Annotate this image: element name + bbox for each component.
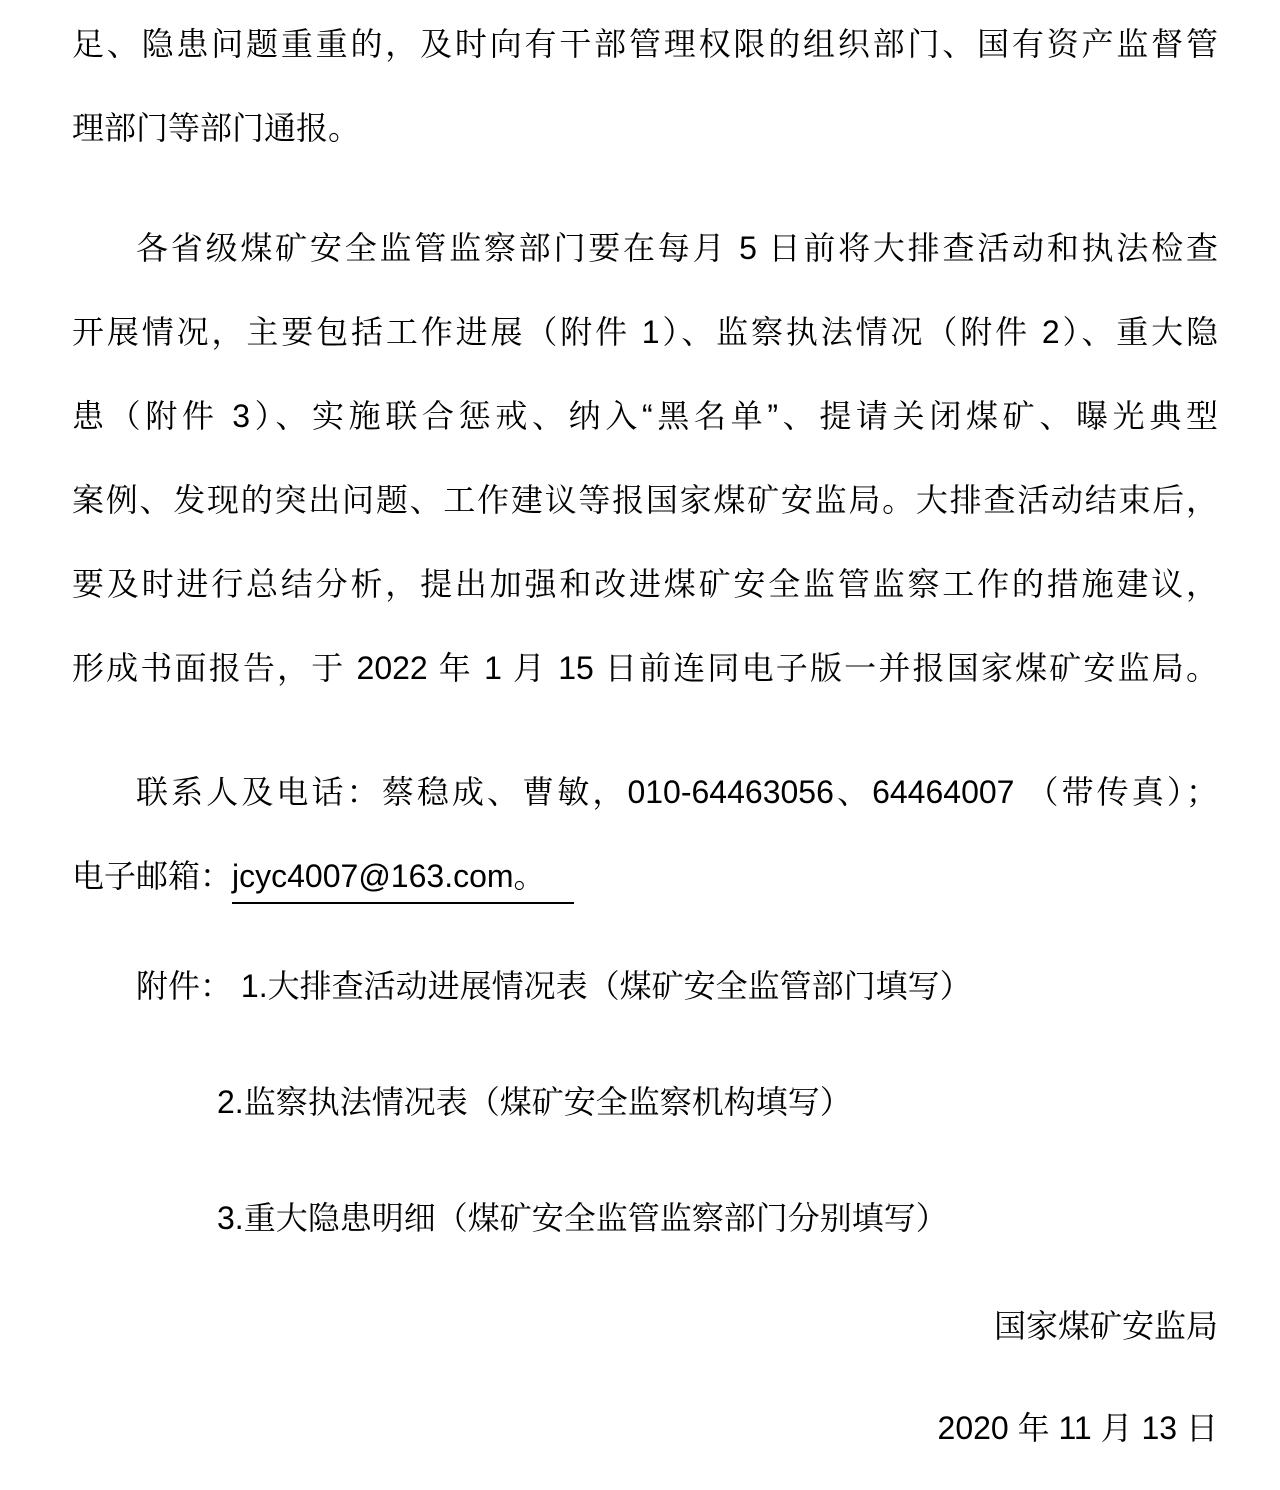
text-line: 各省级煤矿安全监管监察部门要在每月 5 日前将大排查活动和执法检查 <box>72 206 1218 290</box>
attachment-list-item: 3.重大隐患明细（煤矿安全监管监察部门分别填写） <box>72 1176 1218 1260</box>
paragraph-contact: 联系人及电话：蔡稳成、曹敏，010-64463056、64464007 （带传真… <box>72 750 1218 918</box>
contact-email-line: 电子邮箱：jcyc4007@163.com。 <box>72 834 1218 918</box>
attachment-list-item: 2.监察执法情况表（煤矿安全监察机构填写） <box>72 1060 1218 1144</box>
paragraph-notification: 足、隐患问题重重的，及时向有干部管理权限的组织部门、国有资产监督管 理部门等部门… <box>72 2 1218 170</box>
signature-date: 2020 年 11 月 13 日 <box>72 1386 1218 1470</box>
signature-org: 国家煤矿安监局 <box>72 1284 1218 1368</box>
contact-phone-line: 联系人及电话：蔡稳成、曹敏，010-64463056、64464007 （带传真… <box>72 750 1218 834</box>
signature-block: 国家煤矿安监局 <box>72 1284 1218 1368</box>
document-page: 足、隐患问题重重的，及时向有干部管理权限的组织部门、国有资产监督管 理部门等部门… <box>0 0 1280 1490</box>
attachment-item-1: 附件： 1.大排查活动进展情况表（煤矿安全监管部门填写） <box>72 944 1218 1028</box>
email-label: 电子邮箱： <box>72 858 232 894</box>
email-link[interactable]: jcyc4007@163.com。 <box>232 858 574 904</box>
attachment-item-3: 3.重大隐患明细（煤矿安全监管监察部门分别填写） <box>72 1176 1218 1260</box>
text-line: 形成书面报告，于 2022 年 1 月 15 日前连同电子版一并报国家煤矿安监局… <box>72 626 1218 710</box>
attachment-item-2: 2.监察执法情况表（煤矿安全监察机构填写） <box>72 1060 1218 1144</box>
signature-date-block: 2020 年 11 月 13 日 <box>72 1386 1218 1470</box>
paragraph-reporting-requirements: 各省级煤矿安全监管监察部门要在每月 5 日前将大排查活动和执法检查 开展情况，主… <box>72 206 1218 710</box>
text-line: 患（附件 3）、实施联合惩戒、纳入“黑名单”、提请关闭煤矿、曝光典型 <box>72 374 1218 458</box>
text-line: 足、隐患问题重重的，及时向有干部管理权限的组织部门、国有资产监督管 <box>72 2 1218 86</box>
text-line: 理部门等部门通报。 <box>72 86 1218 170</box>
attachment-list: 附件： 1.大排查活动进展情况表（煤矿安全监管部门填写） <box>72 944 1218 1028</box>
text-line: 要及时进行总结分析，提出加强和改进煤矿安全监管监察工作的措施建议， <box>72 542 1218 626</box>
text-line: 案例、发现的突出问题、工作建议等报国家煤矿安监局。大排查活动结束后， <box>72 458 1218 542</box>
text-line: 开展情况，主要包括工作进展（附件 1）、监察执法情况（附件 2）、重大隐 <box>72 290 1218 374</box>
